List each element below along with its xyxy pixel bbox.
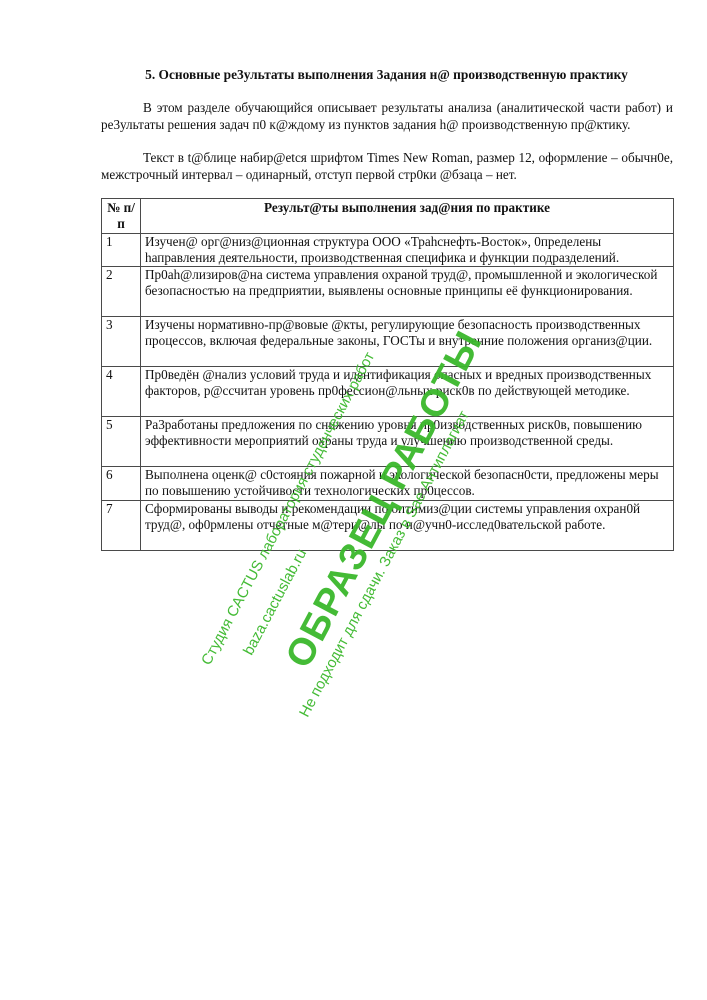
row-text: Сформированы выводы и рекомендации по оп… xyxy=(141,500,674,550)
row-text: Пр0аh@лизиров@на система управления охра… xyxy=(141,267,674,317)
table-row: 5 Ра3работаны предложения по снижению ур… xyxy=(102,417,674,467)
row-number: 3 xyxy=(102,317,141,367)
table-row: 3 Изучены нормативно-пр@вовые @кты, регу… xyxy=(102,317,674,367)
table-row: 6 Выполнена оценк@ с0стояния пожарной и … xyxy=(102,467,674,501)
row-text: Выполнена оценк@ с0стояния пожарной и эк… xyxy=(141,467,674,501)
row-text: Пр0ведён @нализ условий труда и идентифи… xyxy=(141,367,674,417)
table-row: 7 Сформированы выводы и рекомендации по … xyxy=(102,500,674,550)
row-text: Ра3работаны предложения по снижению уров… xyxy=(141,417,674,467)
formatting-paragraph: Текст в t@блице набир@etся шрифтом Times… xyxy=(101,150,673,183)
row-number: 4 xyxy=(102,367,141,417)
row-number: 7 xyxy=(102,500,141,550)
row-number: 2 xyxy=(102,267,141,317)
table-row: 2 Пр0аh@лизиров@на система управления ох… xyxy=(102,267,674,317)
row-number: 1 xyxy=(102,233,141,267)
document-page: 5. Основные ре3ультаты выполнения 3адани… xyxy=(0,0,707,1000)
watermark-site-line: baza.cactuslab.ru xyxy=(240,546,310,658)
intro-paragraph: В этом разделе обучающийся опиcывает рез… xyxy=(101,100,673,133)
results-table: № п/п Результ@ты выполнения зад@ния по п… xyxy=(101,198,674,551)
table-header-row: № п/п Результ@ты выполнения зад@ния по п… xyxy=(102,199,674,234)
section-heading: 5. Основные ре3ультаты выполнения 3адани… xyxy=(100,66,673,84)
table-row: 1 Изучен@ орг@низ@ционная структура ООО … xyxy=(102,233,674,267)
row-text: Изучены нормативно-пр@вовые @кты, регули… xyxy=(141,317,674,367)
table-row: 4 Пр0ведён @нализ условий труда и иденти… xyxy=(102,367,674,417)
row-text: Изучен@ орг@низ@ционная структура ООО «Т… xyxy=(141,233,674,267)
header-result: Результ@ты выполнения зад@ния по практик… xyxy=(141,199,674,234)
row-number: 6 xyxy=(102,467,141,501)
header-number: № п/п xyxy=(102,199,141,234)
row-number: 5 xyxy=(102,417,141,467)
